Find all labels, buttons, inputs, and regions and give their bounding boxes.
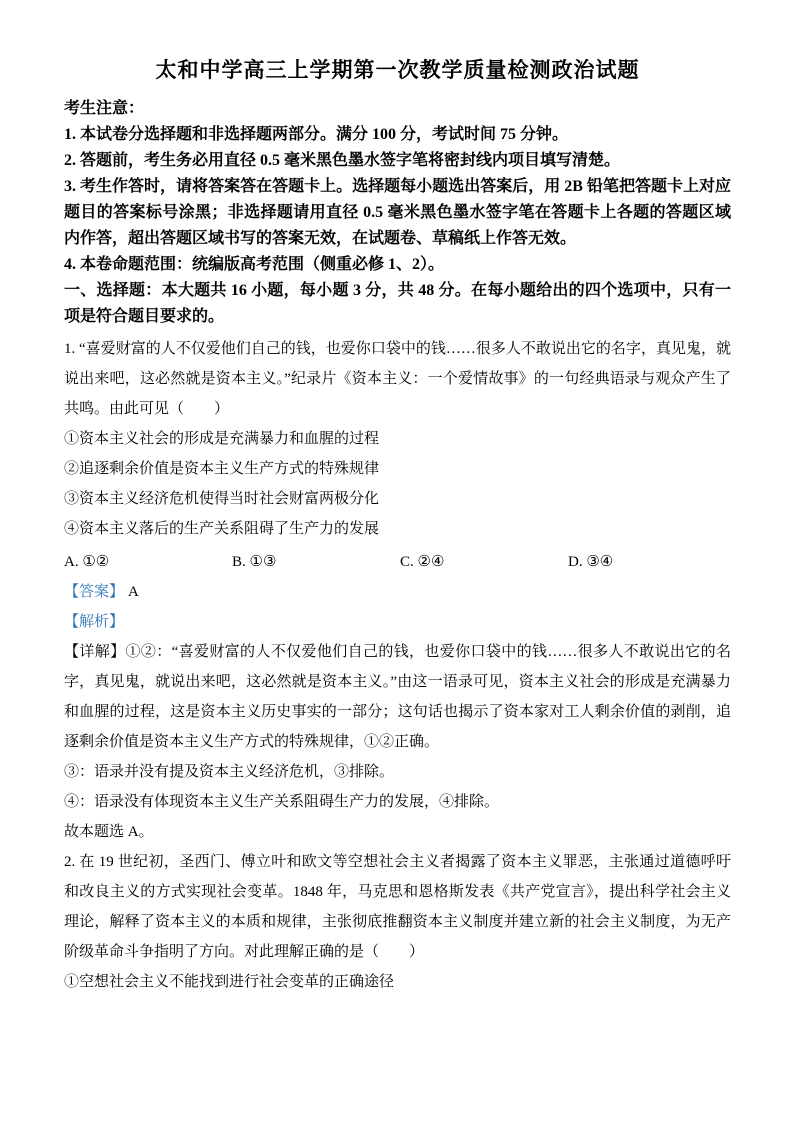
- notice-heading: 考生注意：: [64, 96, 731, 122]
- exam-document-page: 太和中学高三上学期第一次教学质量检测政治试题 考生注意： 1. 本试卷分选择题和…: [0, 0, 793, 1122]
- question-1-statement-2: ②追逐剩余价值是资本主义生产方式的特殊规律: [64, 454, 731, 484]
- question-2-stem: 2. 在 19 世纪初，圣西门、傅立叶和欧文等空想社会主义者揭露了资本主义罪恶，…: [64, 847, 731, 967]
- detail-intro-text: ①②：“喜爱财富的人不仅爱他们自己的钱，也爱你口袋中的钱……很多人不敢说出它的名…: [64, 644, 731, 750]
- question-1-statement-1: ①资本主义社会的形成是充满暴力和血腥的过程: [64, 424, 731, 454]
- conclusion-line: 故本题选 A。: [64, 817, 731, 847]
- question-2-statement-1: ①空想社会主义不能找到进行社会变革的正确途径: [64, 967, 731, 997]
- analysis-label: 【解析】: [64, 614, 124, 630]
- question-1-stem: 1. “喜爱财富的人不仅爱他们自己的钱，也爱你口袋中的钱……很多人不敢说出它的名…: [64, 334, 731, 424]
- document-title: 太和中学高三上学期第一次教学质量检测政治试题: [64, 56, 731, 84]
- detail-label: 【详解】: [64, 644, 125, 660]
- question-1-block: 1. “喜爱财富的人不仅爱他们自己的钱，也爱你口袋中的钱……很多人不敢说出它的名…: [64, 334, 731, 847]
- notice-item-4: 4. 本卷命题范围：统编版高考范围（侧重必修 1、2）。: [64, 252, 731, 278]
- choice-b: B. ①③: [232, 547, 400, 577]
- choice-d: D. ③④: [568, 547, 613, 577]
- choice-a: A. ①②: [64, 547, 232, 577]
- candidate-notice-block: 考生注意： 1. 本试卷分选择题和非选择题两部分。满分 100 分，考试时间 7…: [64, 96, 731, 330]
- choice-c: C. ②④: [400, 547, 568, 577]
- notice-item-2: 2. 答题前，考生务必用直径 0.5 毫米黑色墨水签字笔将密封线内项目填写清楚。: [64, 148, 731, 174]
- question-1-choices: A. ①② B. ①③ C. ②④ D. ③④: [64, 547, 731, 577]
- answer-value: A: [128, 584, 139, 600]
- detail-point-4: ④：语录没有体现资本主义生产关系阻碍生产力的发展，④排除。: [64, 787, 731, 817]
- notice-item-3: 3. 考生作答时，请将答案答在答题卡上。选择题每小题选出答案后，用 2B 铅笔把…: [64, 174, 731, 252]
- question-2-block: 2. 在 19 世纪初，圣西门、傅立叶和欧文等空想社会主义者揭露了资本主义罪恶，…: [64, 847, 731, 997]
- notice-item-1: 1. 本试卷分选择题和非选择题两部分。满分 100 分，考试时间 75 分钟。: [64, 122, 731, 148]
- answer-label: 【答案】: [64, 584, 124, 600]
- detail-point-3: ③：语录并没有提及资本主义经济危机，③排除。: [64, 757, 731, 787]
- analysis-line: 【解析】: [64, 607, 731, 637]
- section-heading: 一、选择题：本大题共 16 小题，每小题 3 分，共 48 分。在每小题给出的四…: [64, 278, 731, 330]
- question-1-statement-3: ③资本主义经济危机使得当时社会财富两极分化: [64, 484, 731, 514]
- question-1-statement-4: ④资本主义落后的生产关系阻碍了生产力的发展: [64, 514, 731, 544]
- detail-paragraph: 【详解】①②：“喜爱财富的人不仅爱他们自己的钱，也爱你口袋中的钱……很多人不敢说…: [64, 637, 731, 757]
- answer-line: 【答案】A: [64, 577, 731, 607]
